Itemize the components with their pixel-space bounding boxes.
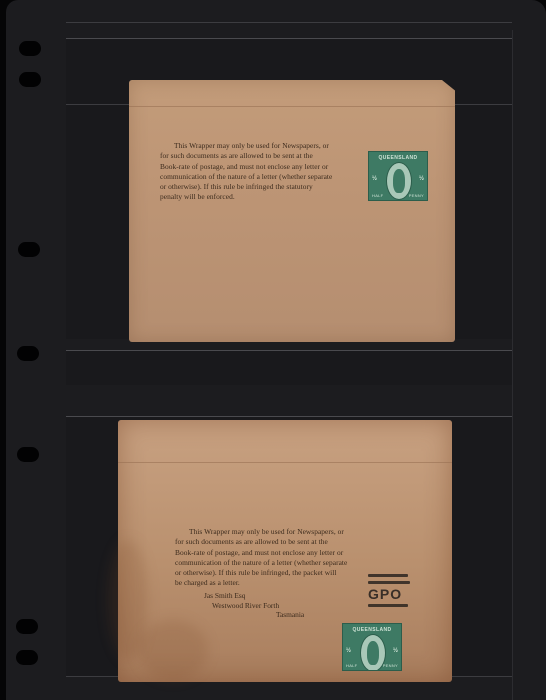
notice-line: for such documents as are allowed to be … [175, 537, 375, 547]
notice-line: penalty will be enforced. [160, 192, 360, 202]
stamp-value-left: ½ [346, 648, 351, 654]
cancel-bar [368, 581, 410, 584]
notice-line: or otherwise). If this rule be infringed… [160, 182, 360, 192]
stamp-value-right: ½ [393, 648, 398, 654]
wrapper-notice: This Wrapper may only be used for Newspa… [160, 141, 360, 203]
punch-hole [19, 41, 41, 56]
punch-hole [17, 346, 39, 361]
notice-line: or otherwise). If this rule be infringed… [175, 568, 375, 578]
punch-hole [18, 242, 40, 257]
wrapper-notice: This Wrapper may only be used for Newspa… [175, 527, 375, 589]
address-line-name: Jas Smith Esq [204, 591, 304, 601]
address-line-locality: Westwood River Forth [204, 601, 304, 611]
address-line-state: Tasmania [204, 610, 304, 620]
sleeve-right-edge [512, 30, 513, 700]
notice-line: for such documents as are allowed to be … [160, 151, 360, 161]
stamp-denomination-left: HALF [346, 663, 357, 668]
stamp-denomination-left: HALF [372, 193, 383, 198]
punch-hole [16, 650, 38, 665]
stamp-denomination: HALF PENNY [372, 193, 424, 198]
cancel-bar [368, 604, 408, 607]
fold-line [129, 106, 455, 107]
newspaper-wrapper-bottom: This Wrapper may only be used for Newspa… [118, 420, 452, 682]
newspaper-wrapper-top: This Wrapper may only be used for Newspa… [129, 80, 455, 342]
stamp-denomination-right: PENNY [383, 663, 398, 668]
punch-hole [19, 72, 41, 87]
punch-hole [17, 447, 39, 462]
cancel-bar [368, 574, 408, 577]
fold-line [118, 462, 452, 463]
notice-line: Book-rate of postage, and must not enclo… [175, 548, 375, 558]
stamp-denomination: HALF PENNY [346, 663, 398, 668]
stamp-country: QUEENSLAND [343, 627, 401, 633]
notice-line: communication of the nature of a letter … [175, 558, 375, 568]
notice-line: be charged as a letter. [175, 578, 375, 588]
notice-line: This Wrapper may only be used for Newspa… [175, 527, 375, 537]
sleeve-top-edge [66, 22, 512, 23]
stamp-value-right: ½ [419, 176, 424, 182]
sleeve-strip-2 [66, 350, 512, 385]
notice-line: Book-rate of postage, and must not enclo… [160, 162, 360, 172]
notice-line: This Wrapper may only be used for Newspa… [160, 141, 360, 151]
stamp-value-left: ½ [372, 176, 377, 182]
stamp-country: QUEENSLAND [369, 155, 427, 161]
queensland-halfpenny-stamp: QUEENSLAND ½ ½ HALF PENNY [342, 623, 402, 671]
stain [138, 620, 208, 680]
queensland-halfpenny-stamp: QUEENSLAND ½ ½ HALF PENNY [368, 151, 428, 201]
gpo-cancel-mark: GPO [368, 586, 402, 602]
recipient-address: Jas Smith Esq Westwood River Forth Tasma… [204, 591, 304, 620]
punch-hole [16, 619, 38, 634]
notice-line: communication of the nature of a letter … [160, 172, 360, 182]
stamp-denomination-right: PENNY [409, 193, 424, 198]
